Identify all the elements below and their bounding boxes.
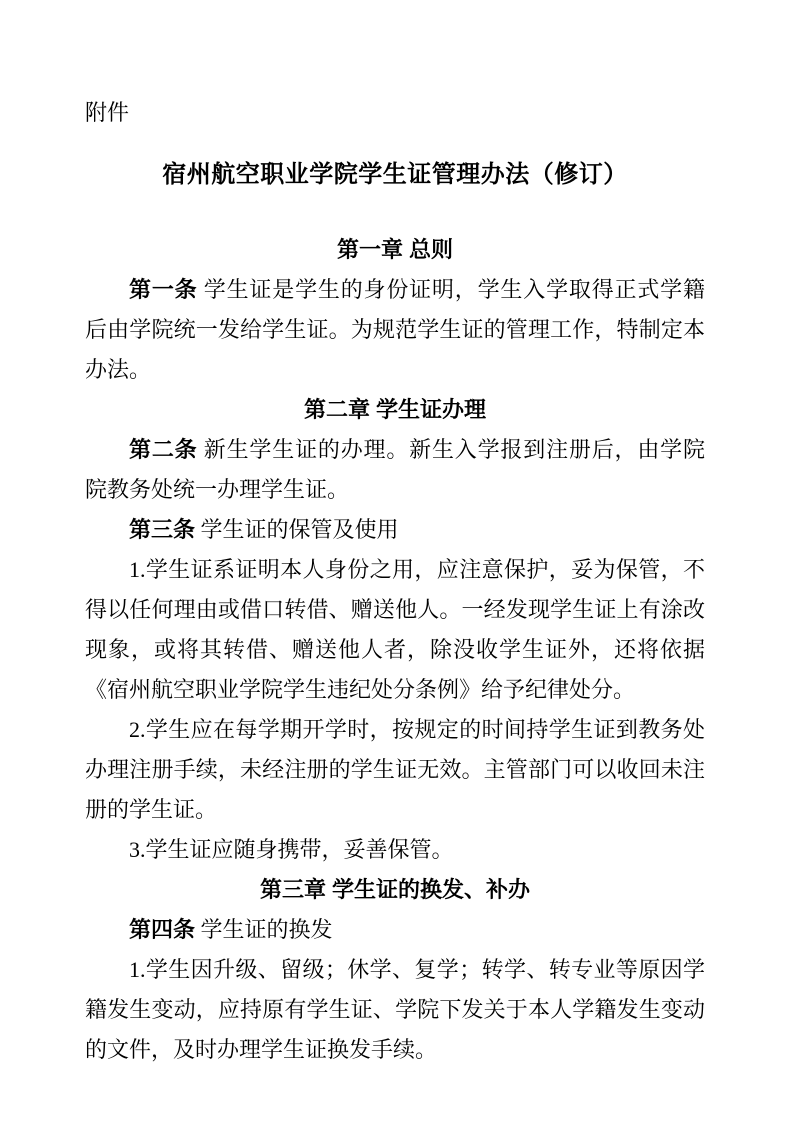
article-label: 第三条	[129, 517, 195, 542]
article-paragraph: 第二条 新生学生证的办理。新生入学报到注册后，由学院院教务处统一办理学生证。	[85, 430, 705, 510]
attachment-label: 附件	[85, 100, 705, 126]
article-label: 第一条	[129, 277, 197, 302]
document-title: 宿州航空职业学院学生证管理办法（修订）	[85, 160, 705, 190]
article-paragraph: 第四条 学生证的换发	[85, 910, 705, 950]
clause-paragraph: 1.学生证系证明本人身份之用，应注意保护，妥为保管，不得以任何理由或借口转借、赠…	[85, 550, 705, 710]
article-text: 学生证的换发	[195, 917, 333, 942]
article-paragraph: 第一条 学生证是学生的身份证明，学生入学取得正式学籍后由学院统一发给学生证。为规…	[85, 270, 705, 390]
chapter-heading: 第三章 学生证的换发、补办	[85, 870, 705, 910]
clause-paragraph: 2.学生应在每学期开学时，按规定的时间持学生证到教务处办理注册手续，未经注册的学…	[85, 710, 705, 830]
article-label: 第四条	[129, 917, 195, 942]
article-paragraph: 第三条 学生证的保管及使用	[85, 510, 705, 550]
clause-paragraph: 3.学生证应随身携带，妥善保管。	[85, 830, 705, 870]
article-text: 学生证的保管及使用	[195, 517, 399, 542]
clause-paragraph: 1.学生因升级、留级；休学、复学；转学、转专业等原因学籍发生变动，应持原有学生证…	[85, 950, 705, 1070]
chapter-heading: 第一章 总则	[85, 230, 705, 270]
chapter-heading: 第二章 学生证办理	[85, 390, 705, 430]
article-label: 第二条	[129, 437, 197, 462]
document-page: 附件 宿州航空职业学院学生证管理办法（修订） 第一章 总则第一条 学生证是学生的…	[0, 0, 794, 1122]
document-body: 第一章 总则第一条 学生证是学生的身份证明，学生入学取得正式学籍后由学院统一发给…	[85, 230, 705, 1070]
